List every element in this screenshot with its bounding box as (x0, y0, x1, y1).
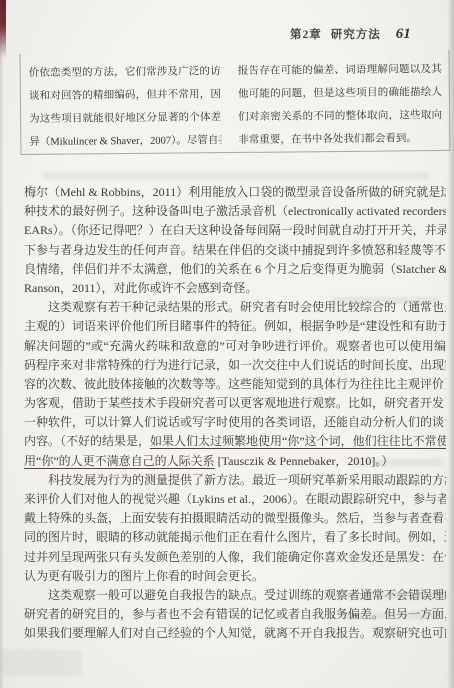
paragraph-line: 用“你”的人更不满意自己的人际关系 [Tausczik & Pennebaker… (24, 452, 446, 471)
bleed-through-artifact (2, 650, 82, 676)
paragraph-line: 内容。（不好的结果是，如果人们太过频繁地使用“你”这个词，他们往往比不常使 (24, 432, 446, 451)
callout-line: 价依恋类型的方法，它们常涉及广泛的访 (29, 60, 221, 85)
paragraph-line: 同的图片时，眼睛的移动就能揭示他们正在看什么图片，看了多长时间。例如，通 (24, 528, 446, 547)
paragraph-line: 主观的）词语来评价他们所目睹事件的特征。例如，根据争吵是“建设性和有助于 (24, 317, 446, 336)
left-page-edge-shadow (0, 0, 4, 688)
paragraph-line: 这类观察一般可以避免自我报告的缺点。受过训练的观察者通常不会错误理解 (24, 586, 446, 605)
paragraph-line: 这类观察有若干种记录结果的形式。研究者有时会使用比较综合的（通常也是 (24, 298, 446, 317)
callout-line: 谈和对回答的精细编码，但并不常用，因 (29, 83, 221, 108)
underlined-text: 用“你”的人更不满意自己的人际关系 (24, 454, 215, 468)
running-header: 第2章 研究方法 61 (290, 26, 411, 43)
paragraph-line: 解决问题的”或“充满火药味和敌意的”可对争吵进行评价。观察者也可以使用编 (24, 337, 446, 356)
paragraph-line: 来评价人们对他人的视觉兴趣（Lykins et al.，2006）。在眼动跟踪研… (24, 490, 446, 509)
body-text: 梅尔（Mehl & Robbins，2011）利用能放入口袋的微型录音设备所做的… (24, 183, 446, 644)
paragraph-line: 科技发展为行为的测量提供了新方法。最近一项研究革新采用眼动跟踪的方法 (24, 471, 446, 490)
paragraph-line: 研究者的研究目的，参与者也不会有错误的记忆或者自我服务偏差。但另一方面， (24, 605, 446, 624)
paragraph-line: EARs）。（你还记得吧？）在白天这种设备每间隔一段时间就自动打开开关，并录 (24, 221, 446, 240)
paragraph-line: 戴上特殊的头盔，上面安装有拍摄眼睛活动的微型摄像头。然后，当参与者查看不 (24, 509, 446, 528)
section-title: 研究方法 (331, 26, 381, 42)
callout-box: 价依恋类型的方法，它们常涉及广泛的访 谈和对回答的精细编码，但并不常用，因 为这… (20, 50, 451, 155)
callout-line: 为这些项目就能很好地区分显著的个体差 (29, 106, 221, 131)
callout-line: 他可能的问题，但是这些项目的确能描绘人 (238, 81, 442, 106)
book-page-scan: 第2章 研究方法 61 价依恋类型的方法，它们常涉及广泛的访 谈和对回答的精细编… (0, 0, 454, 688)
callout-line: 异（Mikulincer & Shaver，2007）。尽管自我 (29, 129, 221, 154)
paragraph-line: 过并列呈现两张只有头发颜色差别的人像，我们能确定你喜欢金发还是黑发：在你 (24, 548, 446, 567)
paragraph-line: 如果我们要理解人们对自己经验的个人知觉，就离不开自我报告。观察研究也可能 (24, 624, 446, 643)
paragraph-text: 内容。（不好的结果是， (24, 434, 150, 448)
chapter-label: 第2章 (290, 26, 322, 42)
paragraph-line: 码程序来对非常特殊的行为进行记录，如一次交往中人们说话的时间长度、出现笑 (24, 356, 446, 375)
paragraph-line: 认为更有吸引力的图片上你看的时间会更长。 (24, 567, 446, 586)
bleed-through-artifact (42, 173, 430, 179)
callout-line: 们对亲密关系的不同的整体取向，这些取向 (238, 104, 442, 129)
callout-right-column: 报告存在可能的偏差、词语理解问题以及其 他可能的问题，但是这些项目的确能描绘人 … (238, 58, 443, 152)
callout-line: 非常重要，在书中各处我们都会看到。 (238, 127, 442, 152)
callout-line: 报告存在可能的偏差、词语理解问题以及其 (238, 58, 442, 83)
paragraph-line: Ranson，2011），对此你或许不会感到奇怪。 (24, 279, 446, 298)
callout-left-column: 价依恋类型的方法，它们常涉及广泛的访 谈和对回答的精细编码，但并不常用，因 为这… (29, 60, 222, 154)
page-number: 61 (396, 26, 411, 43)
paragraph-line: 下参与者身边发生的任何声音。结果在伴侣的交谈中捕捉到许多愤怒和轻蔑等不 (24, 241, 446, 260)
paragraph-line: 一种软件，可以计算人们说话或写字时使用的各类词语，还能自动分析人们的谈话 (24, 413, 446, 432)
paragraph-line: 容的次数、彼此肢体接触的次数等等。这些能知觉到的具体行为往往比主观评价更 (24, 375, 446, 394)
paragraph-line: 良情绪，伴侣们并不太满意，他们的关系在 6 个月之后变得更为脆弱（Slatche… (24, 260, 446, 279)
citation-text: [Tausczik & Pennebaker，2010]。） (215, 454, 394, 468)
paragraph-line: 梅尔（Mehl & Robbins，2011）利用能放入口袋的微型录音设备所做的… (24, 183, 446, 202)
paragraph-line: 种技术的最好例子。这种设备叫电子激活录音机（electronically act… (24, 202, 446, 221)
paragraph-line: 为客观，借助于某些技术手段研究者可以更客观地进行观察。比如，研究者开发了 (24, 394, 446, 413)
underlined-text: 如果人们太过频繁地使用“你”这个词，他们往往比不常使 (150, 434, 446, 448)
